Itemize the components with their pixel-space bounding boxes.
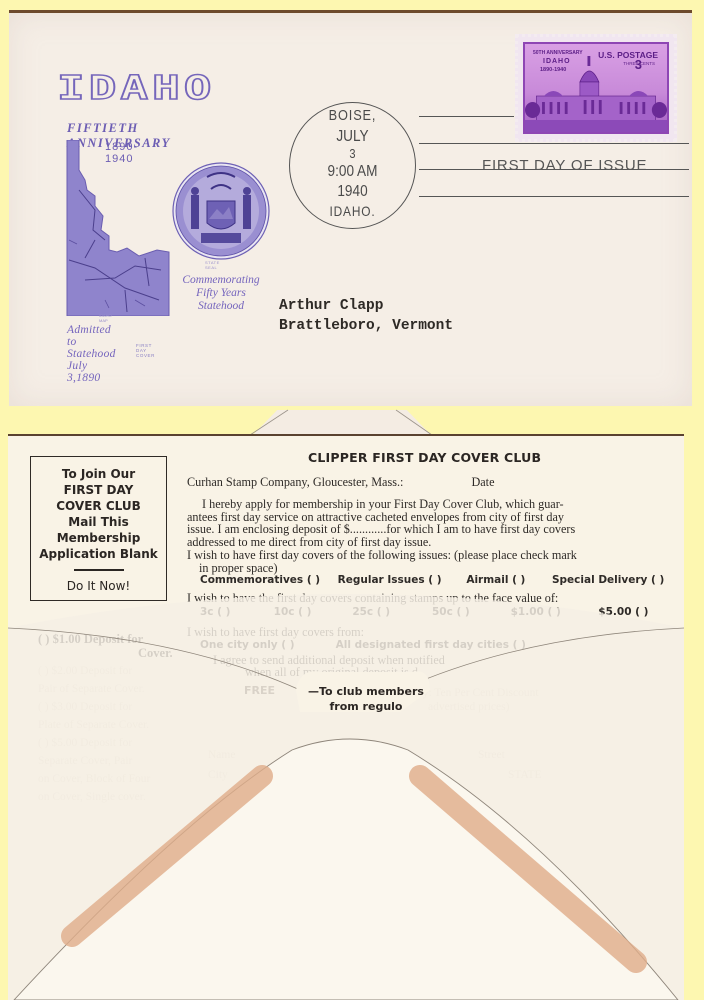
option-3c[interactable]: 3c ( ): [200, 606, 270, 619]
postage-stamp: 50TH ANNIVERSARY IDAHO 1890-1940 U.S. PO…: [515, 34, 677, 142]
recipient-name: Arthur Clapp: [279, 296, 453, 316]
join-cta: Do It Now!: [31, 578, 166, 594]
ghost-text-street: Street: [478, 746, 505, 764]
club-title: CLIPPER FIRST DAY COVER CLUB: [308, 450, 541, 465]
free-ghost-text: FREE: [244, 684, 275, 697]
deposit-line-1: ( ) $1.00 Deposit for: [38, 632, 143, 647]
option-airmail[interactable]: Airmail ( ): [466, 574, 548, 587]
back-envelope: To Join Our FIRST DAY COVER CLUB Mail Th…: [8, 434, 684, 1000]
option-regular-issues[interactable]: Regular Issues ( ): [338, 574, 463, 587]
admitted-text: Admitted to Statehood July 3,1890: [67, 324, 116, 384]
company-line: Curhan Stamp Company, Gloucester, Mass.:…: [187, 476, 494, 489]
ghost-text-left: ( ) $2.00 Deposit for Pair of Separate C…: [38, 662, 178, 806]
commemorating-text: Commemorating Fifty Years Statehood: [171, 274, 271, 313]
option-all-cities[interactable]: All designated first day cities ( ): [336, 639, 526, 652]
state-seal-icon: [171, 161, 271, 261]
cancel-line: [419, 143, 689, 144]
ghost-text-state: STATE: [508, 766, 542, 784]
stamp-design: 50TH ANNIVERSARY IDAHO 1890-1940 U.S. PO…: [523, 42, 669, 134]
date-label: Date: [471, 475, 494, 489]
free-offer-text: —To club members from regulo: [306, 684, 426, 714]
postmark-city: BOISE,: [299, 107, 405, 124]
seal-caption: STATE SEAL: [205, 260, 220, 270]
postmark-state: IDAHO.: [299, 203, 405, 219]
postmark-year: 1940: [299, 183, 405, 201]
cachet-footer: FIRST DAY COVER: [136, 343, 155, 358]
join-club-box: To Join Our FIRST DAY COVER CLUB Mail Th…: [30, 456, 167, 601]
ghost-text-right-2: advertised prices): [428, 698, 509, 716]
option-5-dollar[interactable]: $5.00 ( ): [598, 606, 648, 619]
idaho-map-icon: [65, 140, 171, 316]
ghost-text-name: Name: [208, 746, 235, 764]
option-one-city[interactable]: One city only ( ): [200, 639, 332, 652]
face-value-prompt: I wish to have the first day covers cont…: [187, 592, 558, 605]
ghost-text-city: City: [208, 766, 228, 784]
application-paragraph: I hereby apply for membership in your Fi…: [187, 498, 652, 548]
option-1-dollar[interactable]: $1.00 ( ): [511, 606, 595, 619]
cancel-line: [419, 196, 689, 197]
map-caption: IDAHO MAP: [99, 313, 112, 323]
option-special-delivery[interactable]: Special Delivery ( ): [552, 574, 664, 587]
deposit-line-2: Cover.: [138, 646, 173, 661]
cachet-title: IDAHO: [57, 71, 275, 104]
option-25c[interactable]: 25c ( ): [352, 606, 428, 619]
option-commemoratives[interactable]: Commemoratives ( ): [200, 574, 334, 587]
postmark-day: 3: [299, 146, 405, 161]
join-box-divider: [74, 569, 124, 571]
membership-insert: To Join Our FIRST DAY COVER CLUB Mail Th…: [8, 436, 684, 1000]
capitol-building-icon: [525, 52, 667, 132]
recipient-city: Brattleboro, Vermont: [279, 316, 453, 336]
postmark: BOISE, JULY 3 9:00 AM 1940 IDAHO.: [289, 102, 416, 229]
recipient-address: Arthur Clapp Brattleboro, Vermont: [279, 296, 453, 336]
front-envelope-flap: [252, 410, 432, 436]
issues-options: Commemoratives ( ) Regular Issues ( ) Ai…: [200, 574, 664, 587]
cancel-line: [419, 116, 514, 117]
issues-prompt: I wish to have first day covers of the f…: [187, 549, 577, 574]
postmark-month: JULY: [299, 128, 405, 146]
front-envelope: IDAHO FIFTIETH ANNIVERSARY 1890-1940 STA…: [9, 10, 692, 406]
agree-line-2: when all of my original deposit is d: [245, 666, 418, 679]
first-day-of-issue-text: FIRST DAY OF ISSUE: [482, 157, 647, 174]
cities-options: One city only ( ) All designated first d…: [200, 639, 526, 652]
postmark-time: 9:00 AM: [299, 163, 405, 181]
option-10c[interactable]: 10c ( ): [274, 606, 349, 619]
face-value-options: 3c ( ) 10c ( ) 25c ( ) 50c ( ) $1.00 ( )…: [200, 606, 648, 619]
cities-prompt: I wish to have first day covers from:: [187, 626, 364, 639]
option-50c[interactable]: 50c ( ): [432, 606, 507, 619]
